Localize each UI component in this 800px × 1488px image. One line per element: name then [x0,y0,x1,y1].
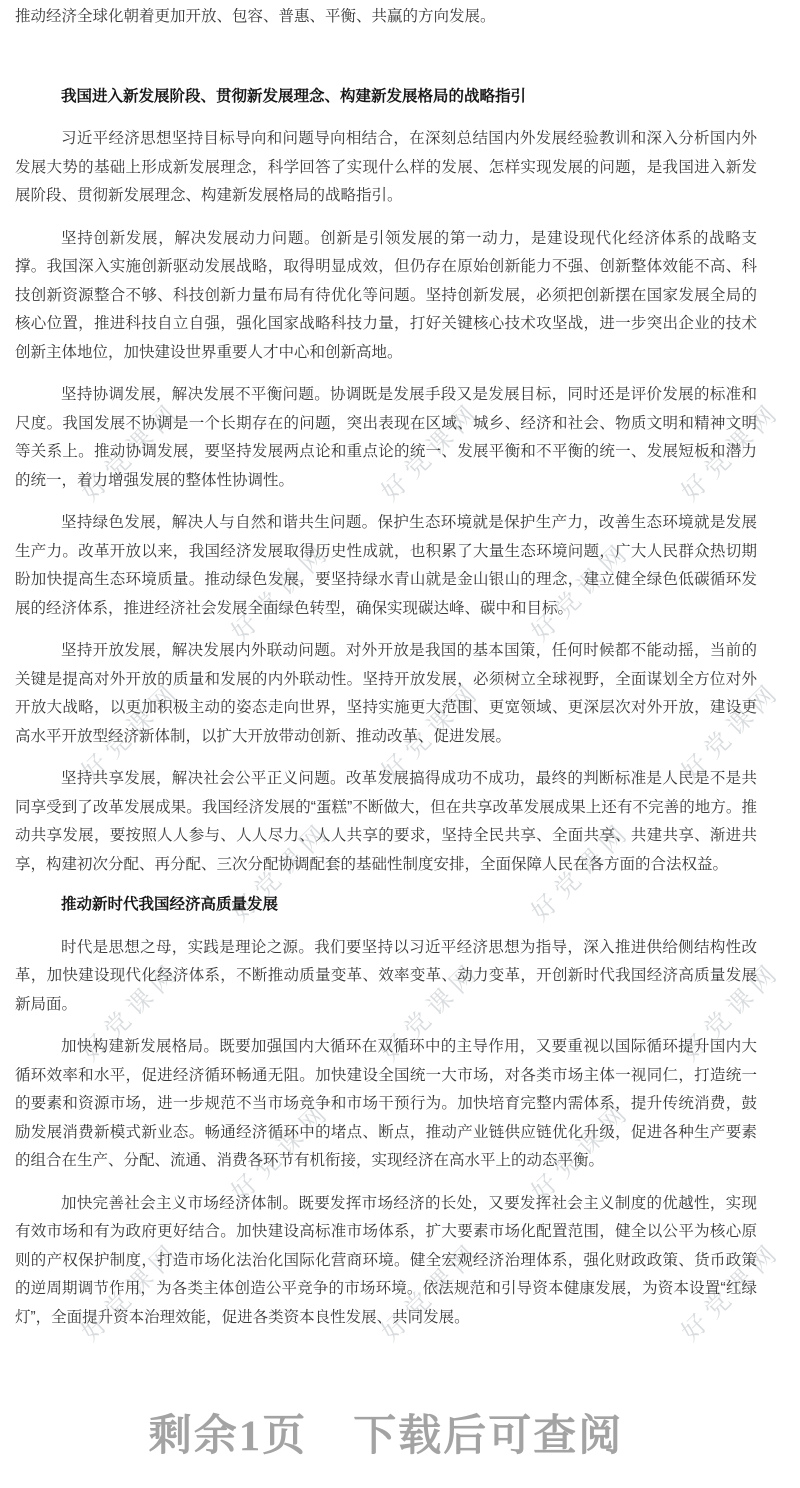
paragraph: 加快构建新发展格局。既要加强国内大循环在双循环中的主导作用，又要重视以国际循环提… [15,1033,757,1176]
remaining-pages-label: 剩余1页 [149,1413,308,1460]
paragraph: 时代是思想之母，实践是理论之源。我们要坚持以习近平经济思想为指导，深入推进供给侧… [15,934,757,1020]
paragraph-continuation: 推动经济全球化朝着更加开放、包容、普惠、平衡、共赢的方向发展。 [15,3,757,32]
paragraph: 加快完善社会主义市场经济体制。既要发挥市场经济的长处，又要发挥社会主义制度的优越… [15,1190,757,1333]
paragraph: 坚持开放发展，解决发展内外联动问题。对外开放是我国的基本国策，任何时候都不能动摇… [15,637,757,751]
paragraph: 坚持共享发展，解决社会公平正义问题。改革发展搞得成功不成功，最终的判断标准是人民… [15,765,757,879]
document-page: 好党课网好党课网好党课网好党课网好党课网好党课网好党课网好党课网好党课网好党课网… [0,0,800,1488]
paragraph: 习近平经济思想坚持目标导向和问题导向相结合，在深刻总结国内外发展经验教训和深入分… [15,125,757,211]
paragraph: 坚持绿色发展，解决人与自然和谐共生问题。保护生态环境就是保护生产力，改善生态环境… [15,509,757,623]
section-heading-high-quality-development: 推动新时代我国经济高质量发展 [15,891,757,920]
paragraph: 坚持协调发展，解决发展不平衡问题。协调既是发展手段又是发展目标，同时还是评价发展… [15,381,757,495]
paragraph: 坚持创新发展，解决发展动力问题。创新是引领发展的第一动力，是建设现代化经济体系的… [15,225,757,368]
document-content: 推动经济全球化朝着更加开放、包容、普惠、平衡、共赢的方向发展。 我国进入新发展阶… [0,0,800,1460]
download-hint-label: 下载后可查阅 [353,1413,623,1460]
preview-footer: 剩余1页下载后可查阅 [15,1414,757,1460]
section-heading-strategic-guidance: 我国进入新发展阶段、贯彻新发展理念、构建新发展格局的战略指引 [15,83,757,112]
